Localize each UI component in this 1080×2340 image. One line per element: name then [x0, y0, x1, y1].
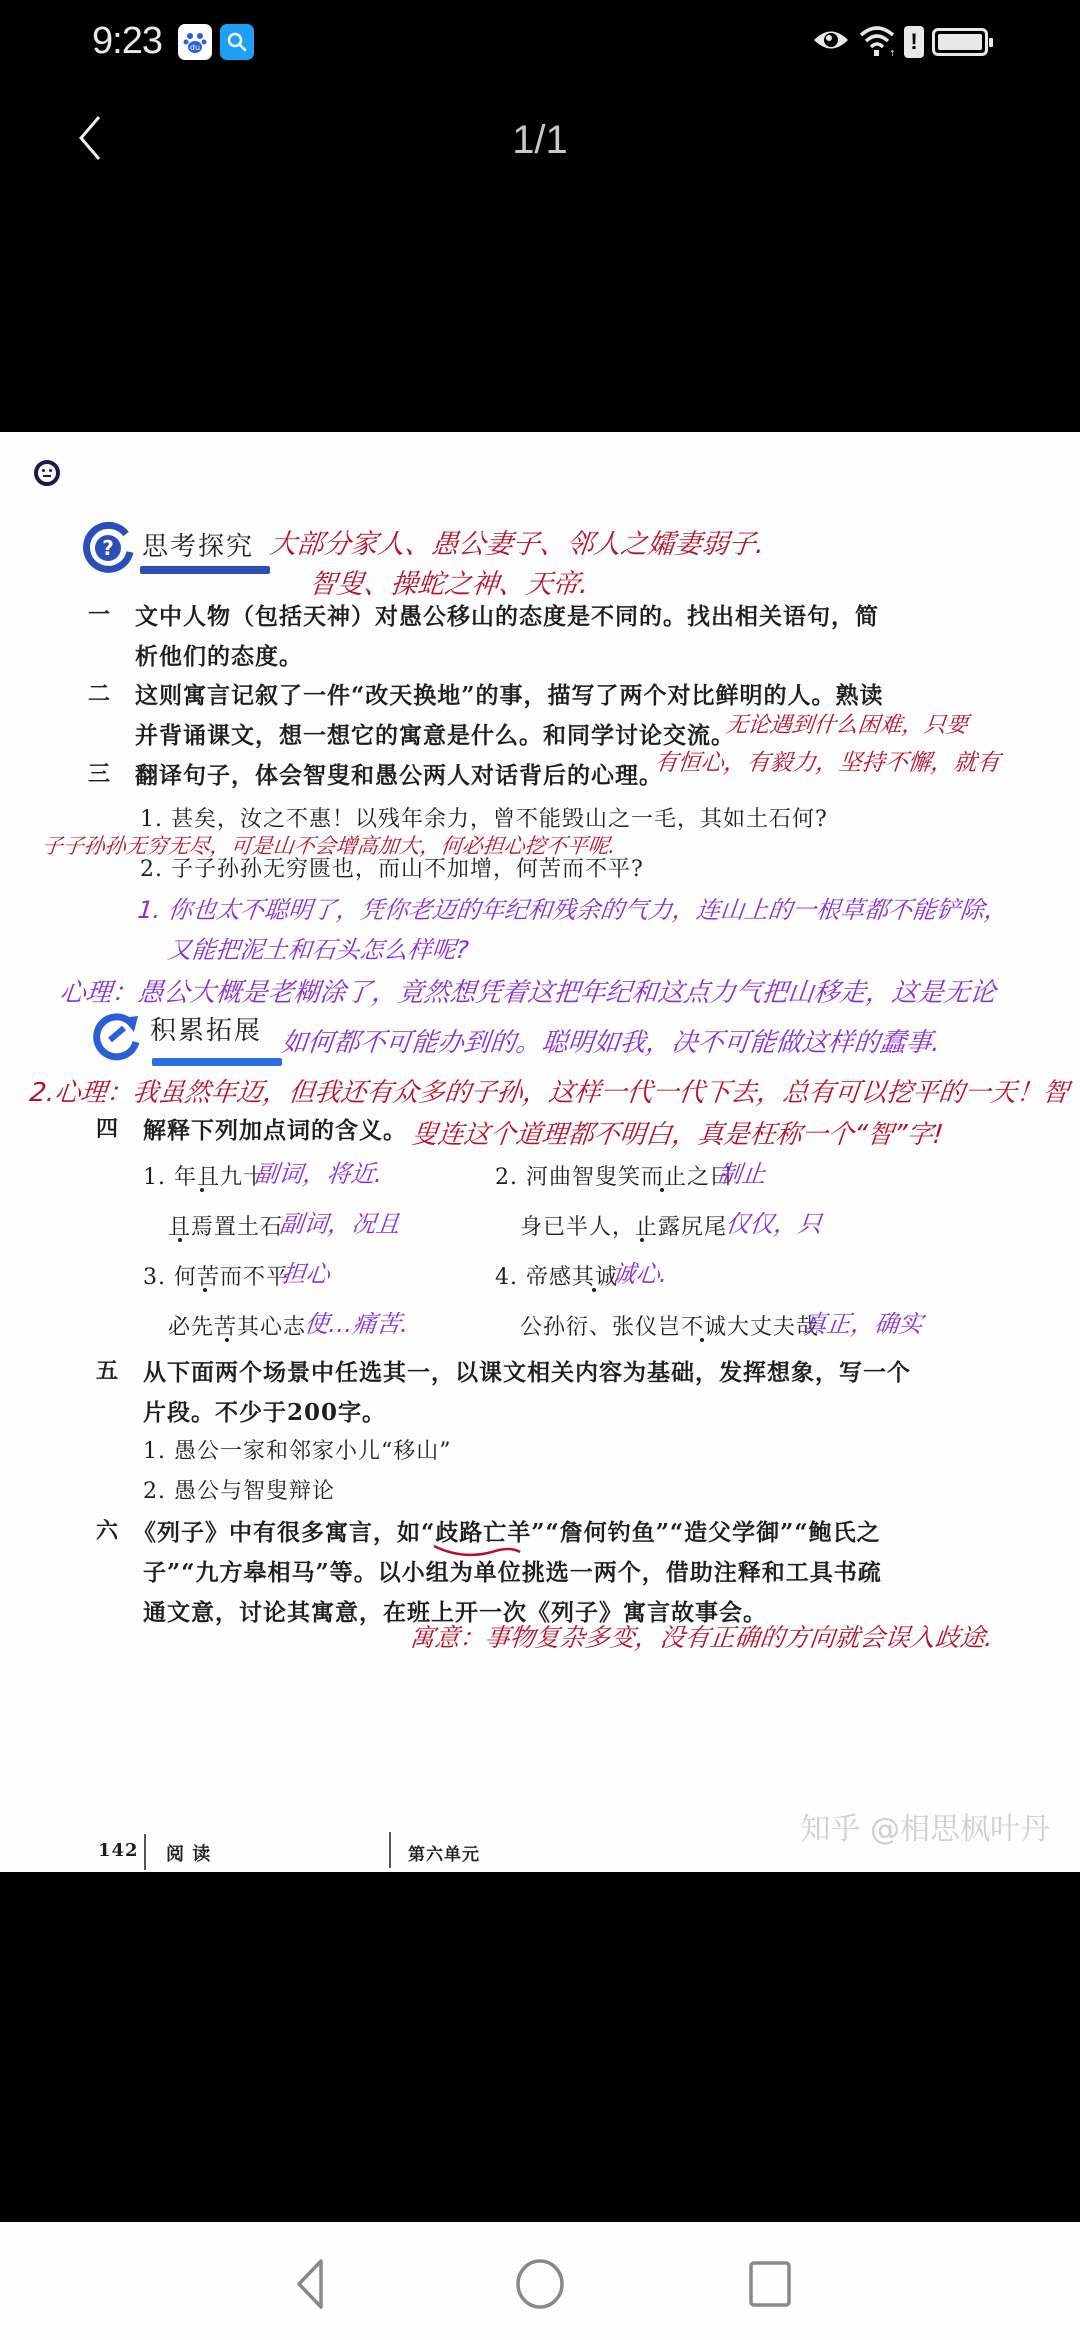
psychology-annotation-2: 叟连这个道理都不明白，真是枉称一个“智”字!: [410, 1114, 945, 1151]
system-nav-bar: [0, 2222, 1080, 2340]
word-note: 真正，确实: [801, 1304, 925, 1339]
word-note: 担心: [280, 1254, 332, 1289]
word-item: 4. 帝感其诚: [495, 1260, 618, 1291]
smiley-icon: [34, 460, 60, 486]
svg-text:?: ?: [102, 536, 114, 560]
page-counter: 1/1: [0, 118, 1080, 163]
translation-1: 又能把泥土和石头怎么样呢?: [166, 930, 470, 965]
nav-home-button[interactable]: [510, 2256, 570, 2312]
section-title: 积累拓展: [150, 1010, 262, 1047]
word-note: 仅仅，只: [724, 1204, 824, 1239]
question-text: 析他们的态度。: [135, 638, 303, 671]
annotation-moral: 无论遇到什么困难，只要: [724, 708, 969, 739]
document-image[interactable]: ? 思考探究 大部分家人、愚公妻子、邻人之孀妻弱子. 智叟、操蛇之神、天帝. 一…: [0, 432, 1080, 1872]
question-number: 二: [88, 677, 110, 708]
section-header-accumulate: 积累拓展: [90, 1010, 262, 1062]
question-text: 解释下列加点词的含义。: [143, 1112, 407, 1145]
word-item: 3. 何苦而不平: [143, 1260, 289, 1291]
writing-option: 1. 愚公一家和邻家小儿“移山”: [143, 1434, 451, 1465]
question-text: 翻译句子，体会智叟和愚公两人对话背后的心理。: [135, 757, 663, 790]
annotation-moral: 有恒心，有毅力，坚持不懈，就有: [653, 744, 1001, 777]
question-circle-icon: ?: [82, 522, 134, 574]
psychology-annotation-1: 如何都不可能办到的。聪明如我，决不可能做这样的蠢事.: [280, 1022, 942, 1059]
word-note: 使…痛苦.: [303, 1304, 410, 1339]
status-indicators: ↑↓ !: [812, 24, 988, 60]
annotation-characters-2: 智叟、操蛇之神、天帝.: [308, 562, 591, 601]
battery-icon: [932, 28, 988, 56]
question-text: 文中人物（包括天神）对愚公移山的态度是不同的。找出相关语句，简: [135, 598, 879, 631]
refresh-arrow-icon: [90, 1010, 142, 1062]
annotation-characters-1: 大部分家人、愚公妻子、邻人之孀妻弱子.: [268, 522, 767, 561]
watermark: 知乎 @相思枫叶丹: [800, 1804, 1050, 1848]
question-number: 四: [96, 1112, 118, 1143]
sentence-2: 2. 子子孙孙无穷匮也，而山不加增，何苦而不平?: [140, 852, 644, 883]
question-text: 从下面两个场景中任选其一，以课文相关内容为基础，发挥想象，写一个: [143, 1354, 911, 1387]
status-time: 9:23: [92, 20, 162, 63]
psychology-annotation-1: 心理：愚公大概是老糊涂了，竟然想凭着这把年纪和这点力气把山移走，这是无论: [58, 972, 998, 1009]
section-title: 思考探究: [142, 526, 254, 563]
word-note: 诚心.: [610, 1254, 669, 1289]
page-number: 142: [98, 1840, 139, 1861]
question-number: 五: [96, 1354, 118, 1385]
footer-unit: 第六单元: [408, 1840, 480, 1865]
word-item: 且焉置土石: [168, 1210, 283, 1241]
back-triangle-icon: [295, 2258, 325, 2310]
word-item: 身已半人，止露尻尾: [520, 1210, 727, 1241]
question-number: 一: [88, 598, 110, 629]
viewer-toolbar: 1/1: [0, 88, 1080, 198]
writing-option: 2. 愚公与智叟辩论: [143, 1474, 335, 1505]
annotation-moral-q6: 寓意：事物复杂多变，没有正确的方向就会误入歧途.: [408, 1618, 995, 1654]
word-item: 必先苦其心志: [168, 1310, 306, 1341]
section-underline: [140, 566, 270, 574]
word-item: 2. 河曲智叟笑而止之曰: [495, 1160, 733, 1191]
word-note: 副词，况且: [278, 1204, 402, 1239]
section-underline: [152, 1058, 282, 1066]
nav-recents-button[interactable]: [740, 2256, 800, 2312]
question-number: 六: [96, 1514, 118, 1545]
status-bar: 9:23 du ↑↓ !: [0, 0, 1080, 88]
sentence-1: 1. 甚矣，汝之不惠！以残年余力，曾不能毁山之一毛，其如土石何?: [140, 802, 828, 833]
translation-1: 1. 你也太不聪明了，凭你老迈的年纪和残余的气力，连山上的一根草都不能铲除，: [136, 890, 1010, 925]
word-note: 副词，将近.: [253, 1154, 384, 1189]
question-text: 子”“九方皋相马”等。以小组为单位挑选一两个，借助注释和工具书疏: [143, 1554, 882, 1587]
word-item: 1. 年且九十: [143, 1160, 266, 1191]
search-app-icon: [220, 24, 254, 60]
question-text: 并背诵课文，想一想它的寓意是什么。和同学讨论交流。: [135, 717, 735, 750]
nav-back-button[interactable]: [280, 2256, 340, 2312]
word-item: 公孙衍、张仪岂不诚大丈夫哉: [520, 1310, 819, 1341]
baidu-app-icon: du: [178, 24, 212, 60]
footer-section: 阅 读: [166, 1840, 211, 1866]
question-text: 片段。不少于200字。: [143, 1394, 386, 1427]
alert-icon: !: [904, 26, 924, 58]
eye-comfort-icon: [812, 25, 850, 59]
psychology-annotation-2: 2.心理：我虽然年迈，但我还有众多的子孙，这样一代一代下去，总有可以挖平的一天！…: [28, 1072, 1071, 1109]
wifi-icon: ↑↓: [858, 23, 896, 61]
question-text: 这则寓言记叙了一件“改天换地”的事，描写了两个对比鲜明的人。熟读: [135, 677, 883, 710]
question-number: 三: [88, 757, 110, 788]
svg-text:du: du: [190, 43, 200, 52]
section-header-thinking: ? 思考探究: [82, 522, 254, 574]
home-circle-icon: [515, 2258, 565, 2310]
recents-square-icon: [748, 2260, 792, 2308]
word-note: 制止: [716, 1154, 768, 1189]
svg-text:↑↓: ↑↓: [889, 49, 896, 57]
